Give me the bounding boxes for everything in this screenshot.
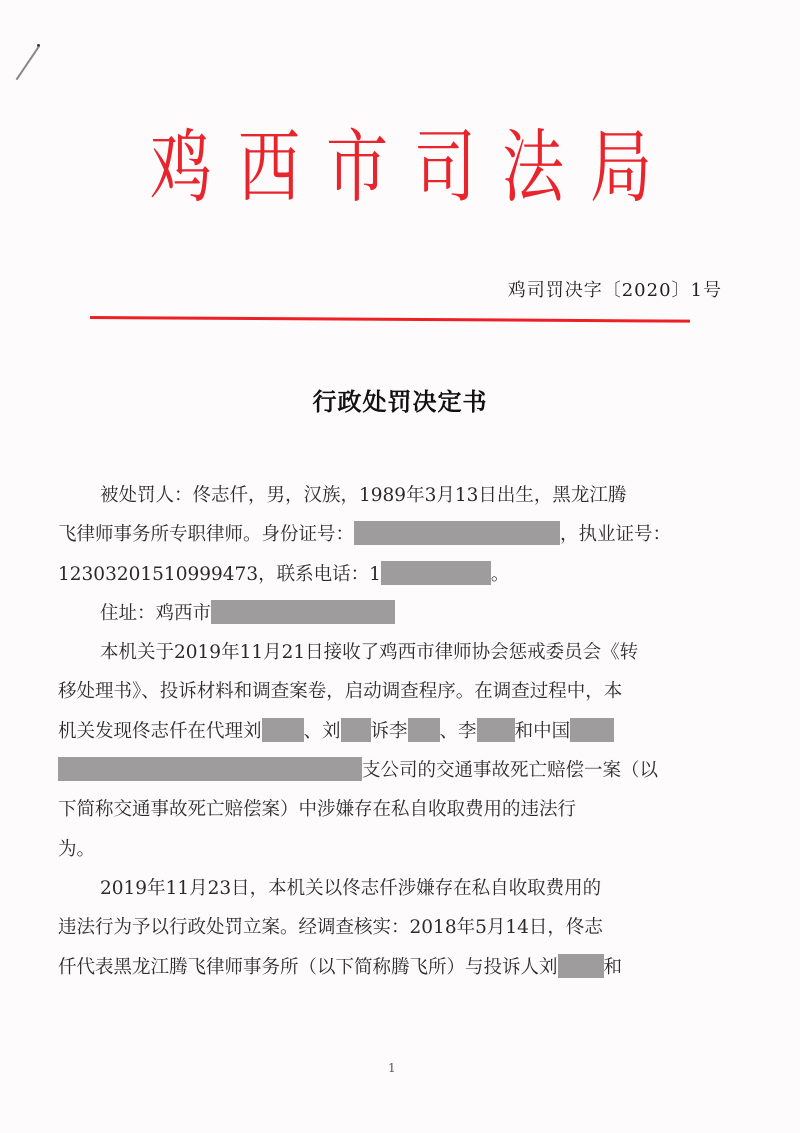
- text-segment: 支公司的交通事故死亡赔偿一案（以: [362, 760, 658, 781]
- document-body: 被处罚人：佟志仟，男，汉族，1989年3月13日出生，黑龙江腾 飞律师事务所专职…: [58, 476, 734, 987]
- page-number: 1: [388, 1061, 396, 1075]
- redacted-company: [58, 757, 362, 781]
- redacted-id-number: [354, 521, 560, 545]
- text-segment: 飞律师事务所专职律师。身份证号：: [58, 524, 354, 545]
- party-info-line-2: 飞律师事务所专职律师。身份证号：，执业证号：: [58, 515, 734, 554]
- red-divider-line: [90, 316, 690, 323]
- party-info-line-1: 被处罚人：佟志仟，男，汉族，1989年3月13日出生，黑龙江腾: [58, 476, 734, 515]
- paragraph-2-line-3: 仟代表黑龙江腾飞律师事务所（以下简称腾飞所）与投诉人刘和: [58, 948, 734, 987]
- document-number: 鸡司罚决字〔2020〕1号: [508, 276, 722, 302]
- pen-mark: [16, 46, 40, 80]
- paragraph-1-line-4: 支公司的交通事故死亡赔偿一案（以: [58, 751, 734, 790]
- text-segment: 。: [491, 564, 510, 585]
- text-segment: 、李: [440, 721, 477, 742]
- text-segment: 和中国: [515, 721, 571, 742]
- text-segment: 机关发现佟志仟在代理刘: [58, 721, 262, 742]
- text-segment: 仟代表黑龙江腾飞律师事务所（以下简称腾飞所）与投诉人刘: [58, 957, 558, 978]
- paragraph-2-line-1: 2019年11月23日，本机关以佟志仟涉嫌存在私自收取费用的: [58, 869, 734, 908]
- redacted-name: [558, 954, 604, 978]
- redacted-phone-number: [381, 561, 491, 585]
- paragraph-1-line-5: 下简称交通事故死亡赔偿案）中涉嫌存在私自收取费用的违法行: [58, 790, 734, 829]
- paragraph-2-line-2: 违法行为予以行政处罚立案。经调查核实：2018年5月14日，佟志: [58, 908, 734, 947]
- redacted-name: [477, 718, 515, 742]
- text-segment: 诉李: [371, 721, 408, 742]
- text-segment: ，执业证号：: [560, 524, 671, 545]
- text-segment: 12303201510999473，联系电话：1: [58, 564, 381, 585]
- paragraph-1-line-1: 本机关于2019年11月21日接收了鸡西市律师协会惩戒委员会《转: [58, 633, 734, 672]
- agency-letterhead: 鸡西市司法局: [0, 128, 800, 207]
- redacted-name: [262, 718, 304, 742]
- address-line: 住址：鸡西市: [58, 594, 734, 633]
- redacted-name: [341, 718, 371, 742]
- paragraph-1-line-3: 机关发现佟志仟在代理刘、刘诉李、李和中国: [58, 712, 734, 751]
- redacted-name: [408, 718, 440, 742]
- party-info-line-3: 12303201510999473，联系电话：1。: [58, 555, 734, 594]
- redacted-address: [211, 600, 395, 624]
- paragraph-1-line-6: 为。: [58, 830, 734, 869]
- text-segment: 和: [604, 957, 623, 978]
- text-segment: 、刘: [304, 721, 341, 742]
- redacted-company: [570, 718, 614, 742]
- address-label: 住址：鸡西市: [100, 603, 211, 624]
- paragraph-1-line-2: 移处理书》、投诉材料和调查案卷，启动调查程序。在调查过程中，本: [58, 672, 734, 711]
- document-title: 行政处罚决定书: [0, 382, 800, 417]
